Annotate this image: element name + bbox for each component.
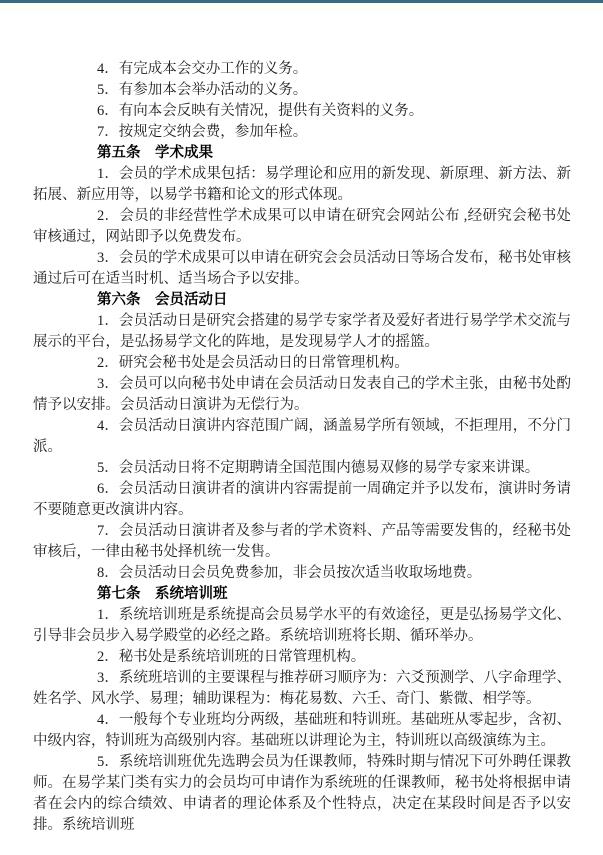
article-paragraph: 4．一般每个专业班均分两级，基础班和特训班。基础班从零起步，含初、中级内容，特训… [33, 710, 571, 752]
article-paragraph: 5．系统培训班优先选聘会员为任课教师，特殊时期与情况下可外聘任课教师。在易学某门… [33, 752, 571, 836]
document-body: 4．有完成本会交办工作的义务。5．有参加本会举办活动的义务。6．有向本会反映有关… [33, 59, 571, 836]
article-paragraph: 4．会员活动日演讲内容范围广阔，涵盖易学所有领域，不拒理用，不分门派。 [33, 416, 571, 458]
article-paragraph: 4．有完成本会交办工作的义务。 [33, 59, 571, 80]
page-top-glow [0, 3, 603, 17]
article-paragraph: 3．会员可以向秘书处申请在会员活动日发表自己的学术主张，由秘书处酌情予以安排。会… [33, 374, 571, 416]
article-paragraph: 2．研究会秘书处是会员活动日的日常管理机构。 [33, 353, 571, 374]
article-heading: 第六条 会员活动日 [33, 290, 571, 311]
article-paragraph: 5．会员活动日将不定期聘请全国范围内德易双修的易学专家来讲课。 [33, 458, 571, 479]
article-paragraph: 1．系统培训班是系统提高会员易学水平的有效途径，更是弘扬易学文化、引导非会员步入… [33, 605, 571, 647]
article-paragraph: 2．会员的非经营性学术成果可以申请在研究会网站公布 ,经研究会秘书处审核通过，网… [33, 206, 571, 248]
article-heading: 第七条 系统培训班 [33, 584, 571, 605]
document-page: 4．有完成本会交办工作的义务。5．有参加本会举办活动的义务。6．有向本会反映有关… [0, 0, 603, 836]
article-paragraph: 3．会员的学术成果可以申请在研究会会员活动日等场合发布，秘书处审核通过后可在适当… [33, 248, 571, 290]
article-paragraph: 1．会员活动日是研究会搭建的易学专家学者及爱好者进行易学学术交流与展示的平台，是… [33, 311, 571, 353]
article-heading: 第五条 学术成果 [33, 143, 571, 164]
article-paragraph: 7．按规定交纳会费，参加年检。 [33, 122, 571, 143]
article-paragraph: 5．有参加本会举办活动的义务。 [33, 80, 571, 101]
article-paragraph: 6．有向本会反映有关情况，提供有关资料的义务。 [33, 101, 571, 122]
article-paragraph: 6．会员活动日演讲者的演讲内容需提前一周确定并予以发布，演讲时务请不要随意更改演… [33, 479, 571, 521]
article-paragraph: 7．会员活动日演讲者及参与者的学术资料、产品等需要发售的，经秘书处审核后，一律由… [33, 521, 571, 563]
article-paragraph: 2．秘书处是系统培训班的日常管理机构。 [33, 647, 571, 668]
article-paragraph: 1．会员的学术成果包括：易学理论和应用的新发现、新原理、新方法、新拓展、新应用等… [33, 164, 571, 206]
article-paragraph: 8．会员活动日会员免费参加，非会员按次适当收取场地费。 [33, 563, 571, 584]
article-paragraph: 3．系统班培训的主要课程与推荐研习顺序为：六爻预测学、八字命理学、姓名学、风水学… [33, 668, 571, 710]
